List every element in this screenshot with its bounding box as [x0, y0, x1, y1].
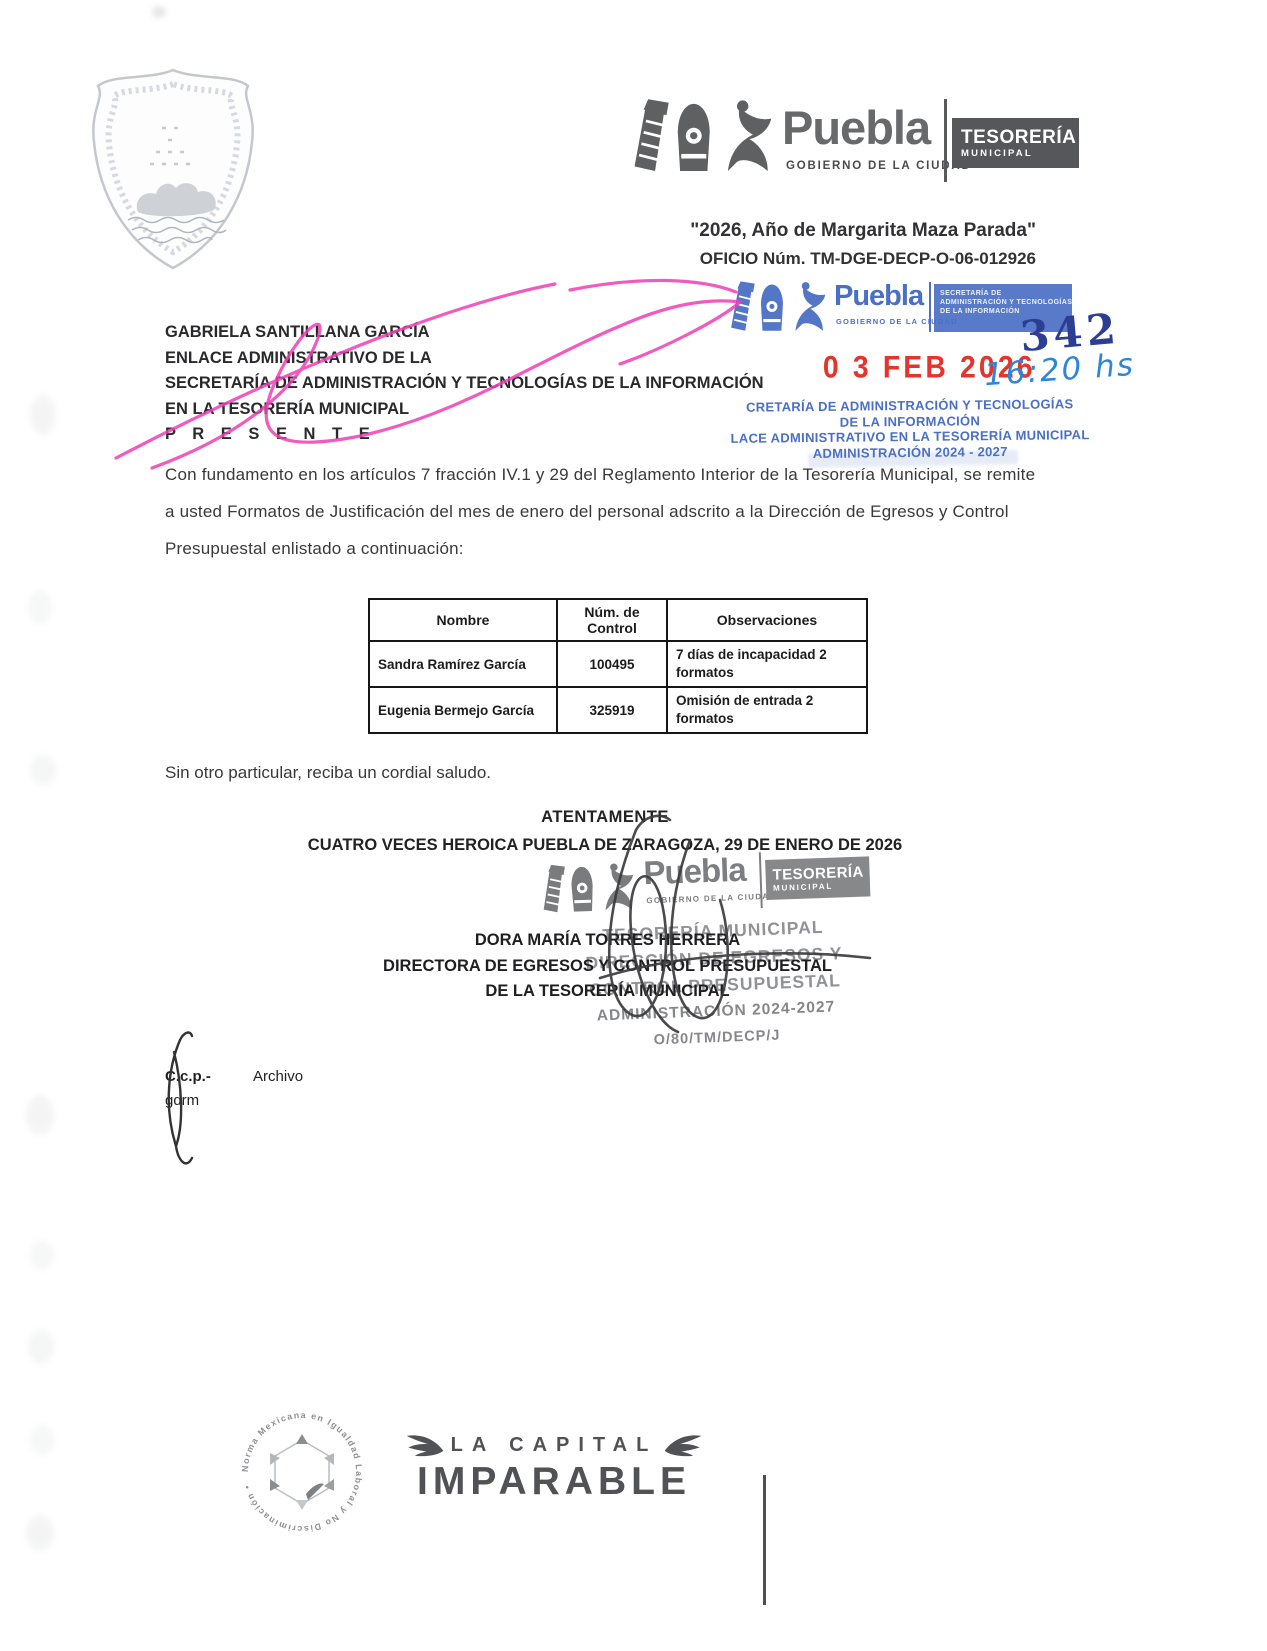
justification-table: Nombre Núm. de Control Observaciones San…: [368, 598, 868, 734]
box-line1: SECRETARÍA DE: [940, 289, 1066, 298]
box-line2: ADMINISTRACIÓN Y TECNOLOGÍAS: [940, 298, 1066, 307]
header-num-control: Núm. de Control: [557, 599, 667, 641]
scan-artifact: [152, 6, 166, 18]
wing-right-icon: [663, 1432, 703, 1458]
scan-artifact: [28, 1330, 54, 1364]
cell-nombre: Eugenia Bermejo García: [369, 687, 557, 733]
ccp-pen-scribble: [148, 1028, 228, 1178]
cell-observaciones: 7 días de incapacidad 2 formatos: [667, 641, 867, 687]
oficio-number: OFICIO Núm. TM-DGE-DECP-O-06-012926: [636, 249, 1036, 269]
cell-observaciones: Omisión de entrada 2 formatos: [667, 687, 867, 733]
cell-control: 325919: [557, 687, 667, 733]
puebla-logo-icon: [630, 98, 778, 178]
capital-line2: IMPARABLE: [398, 1460, 710, 1504]
nmx-seal-text: Norma Mexicana en Igualdad Laboral y No …: [240, 1410, 364, 1534]
badge-line2: MUNICIPAL: [961, 148, 1079, 159]
cell-control: 100495: [557, 641, 667, 687]
puebla-coat-of-arms-watermark-icon: [78, 62, 268, 277]
reception-stamp-wordmark: Puebla: [834, 280, 923, 313]
header-nombre: Nombre: [369, 599, 557, 641]
header-observaciones: Observaciones: [667, 599, 867, 641]
capital-line1: LA CAPITAL: [451, 1434, 658, 1457]
scan-artifact: [26, 1515, 54, 1551]
year-motto: "2026, Año de Margarita Maza Parada": [636, 220, 1036, 242]
scan-artifact: [30, 1425, 54, 1455]
scan-artifact: [30, 1240, 54, 1270]
logo-divider: [944, 99, 947, 182]
ccp-value: Archivo: [253, 1068, 303, 1085]
table-row: Eugenia Bermejo García 325919 Omisión de…: [369, 687, 867, 733]
signature-scribble: [540, 800, 920, 1060]
tesoreria-municipal-badge: TESORERÍA MUNICIPAL: [952, 118, 1079, 168]
badge-line1: TESORERÍA: [961, 128, 1079, 148]
svg-text:Norma Mexicana en Igualdad Lab: Norma Mexicana en Igualdad Laboral y No …: [240, 1410, 364, 1534]
body-line1: Con fundamento en los artículos 7 fracci…: [165, 456, 1035, 493]
wing-left-icon: [405, 1432, 445, 1458]
body-paragraph: Con fundamento en los artículos 7 fracci…: [165, 456, 1035, 567]
footer-divider: [763, 1475, 766, 1605]
table-row: Sandra Ramírez García 100495 7 días de i…: [369, 641, 867, 687]
closing-salutation: Sin otro particular, reciba un cordial s…: [165, 763, 491, 783]
pink-highlighter-scribble: [100, 268, 780, 478]
nmx-igualdad-laboral-seal-icon: Norma Mexicana en Igualdad Laboral y No …: [232, 1402, 372, 1542]
body-line3: Presupuestal enlistado a continuación:: [165, 530, 1035, 567]
scan-artifact: [30, 395, 56, 435]
scanned-letter-page: Puebla GOBIERNO DE LA CIUDAD TESORERÍA M…: [0, 0, 1267, 1651]
reception-stamp-divider: [929, 282, 931, 332]
cell-nombre: Sandra Ramírez García: [369, 641, 557, 687]
scan-artifact: [26, 1095, 54, 1135]
scan-artifact: [28, 590, 52, 624]
table-header-row: Nombre Núm. de Control Observaciones: [369, 599, 867, 641]
scan-artifact: [30, 755, 56, 785]
header-reference-block: "2026, Año de Margarita Maza Parada" OFI…: [636, 220, 1036, 269]
body-line2: a usted Formatos de Justificación del me…: [165, 493, 1035, 530]
puebla-wordmark: Puebla: [782, 100, 930, 155]
la-capital-imparable-logo: LA CAPITAL IMPARABLE: [398, 1432, 710, 1504]
